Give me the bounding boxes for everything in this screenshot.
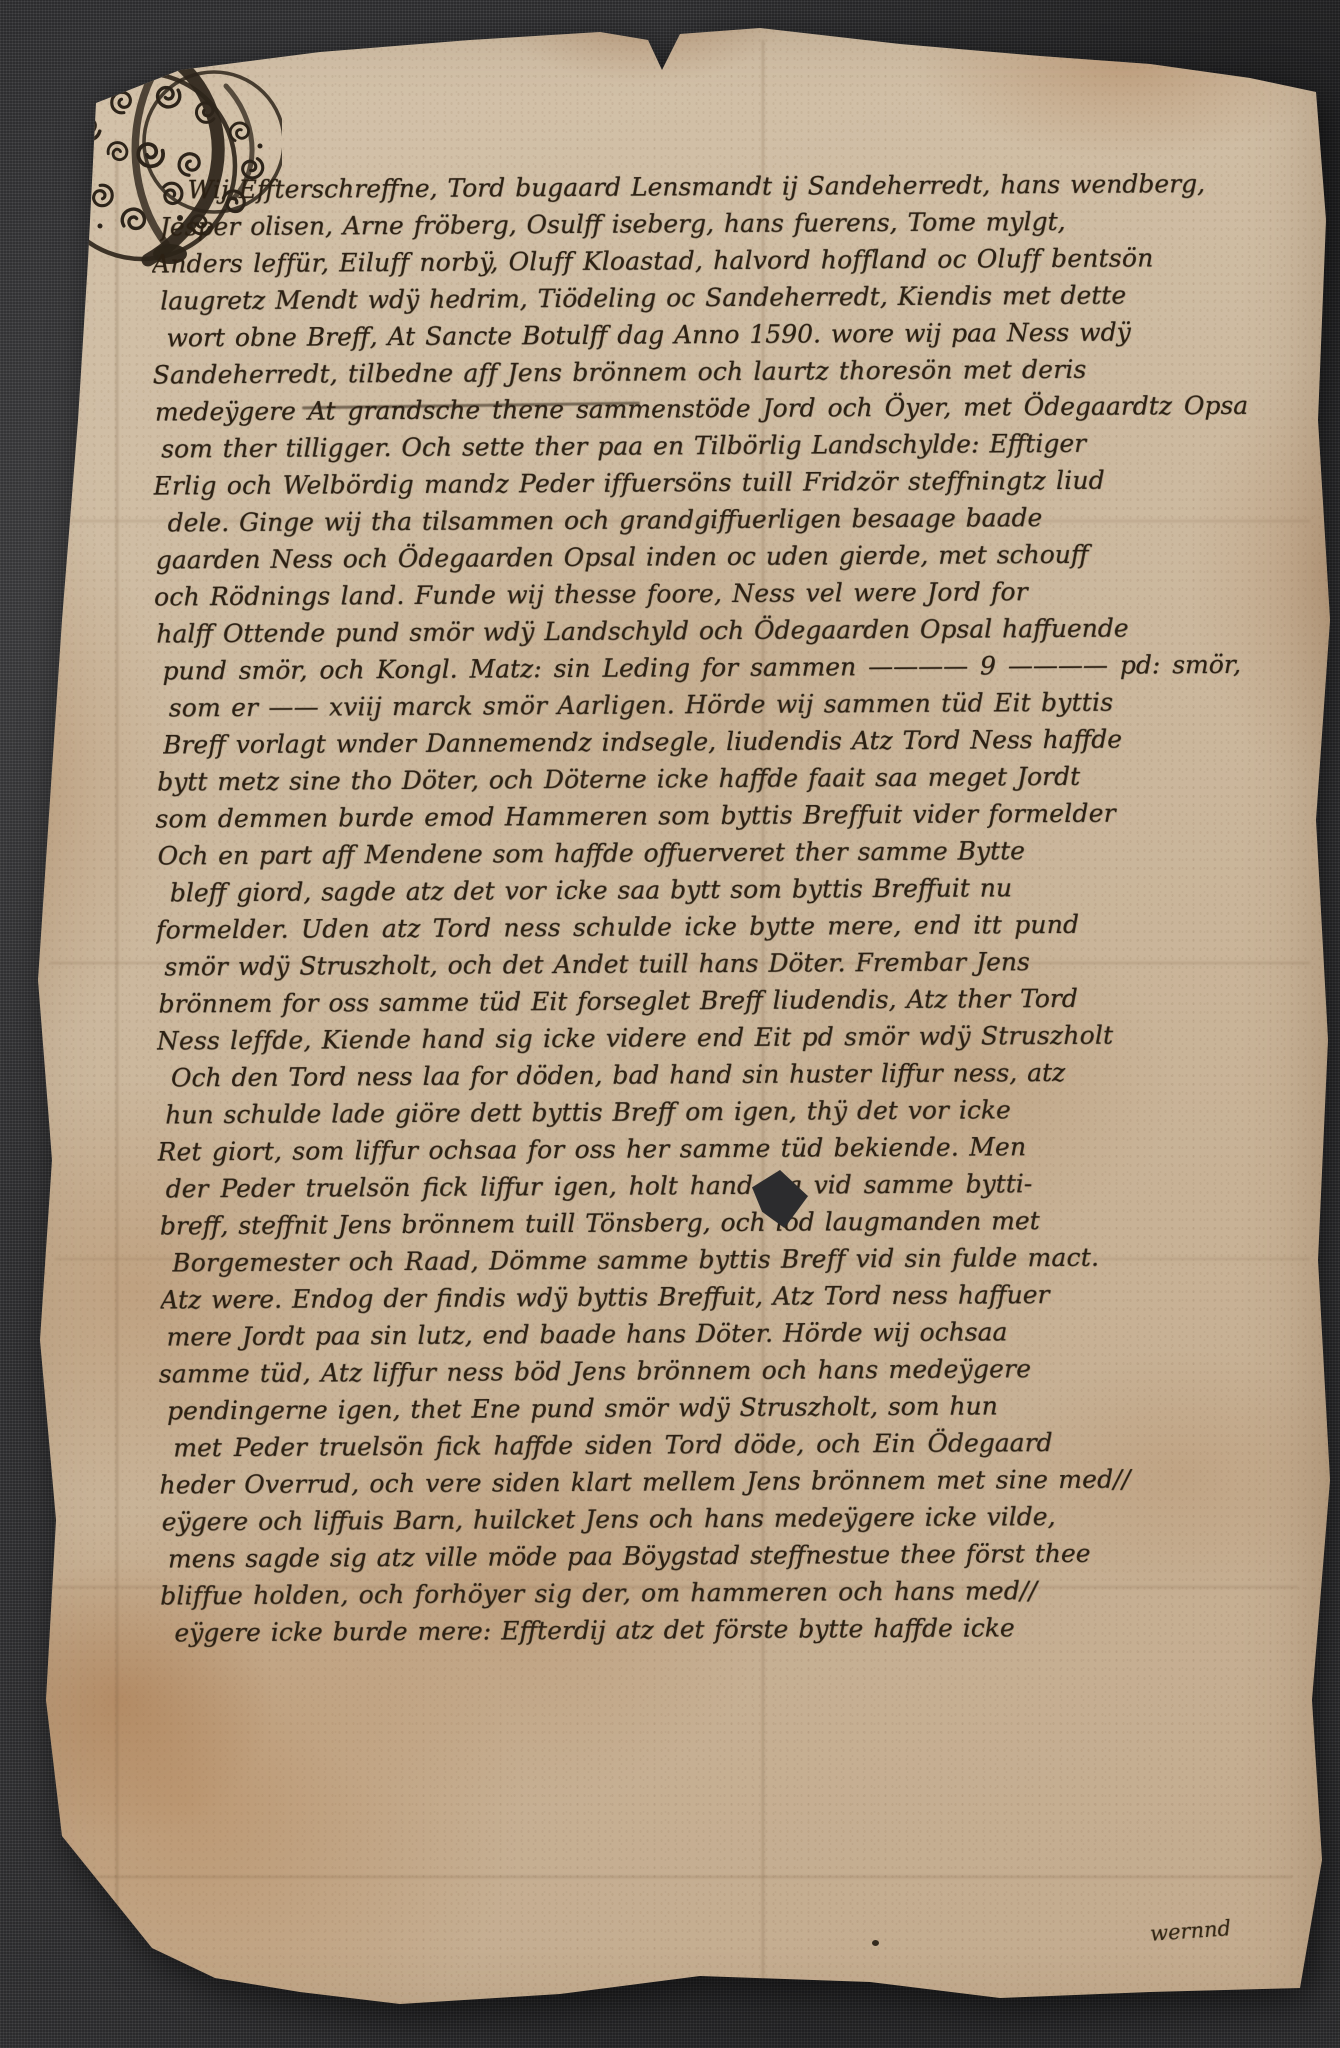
ink-dot	[872, 1940, 879, 1946]
manuscript-line: eÿgere icke burde mere: Effterdij atz de…	[174, 1607, 1312, 1651]
docket-note: wernnd	[1149, 1914, 1260, 1946]
manuscript-line: pund smör, och Kongl. Matz: sin Leding f…	[162, 645, 1306, 689]
fold-crease	[116, 140, 118, 1950]
manuscript-text: Wij Effterschreffne, Tord bugaard Lensma…	[153, 165, 1312, 1652]
parchment-sheet: Wij Effterschreffne, Tord bugaard Lensma…	[0, 0, 1340, 2048]
manuscript-scan: Wij Effterschreffne, Tord bugaard Lensma…	[0, 0, 1340, 2048]
manuscript-line: Wij Effterschreffne, Tord bugaard Lensma…	[187, 165, 1303, 209]
manuscript-line: Anders leffür, Eiluff norbÿ, Oluff Kloas…	[152, 238, 1304, 282]
parchment-sheet-wrap: Wij Effterschreffne, Tord bugaard Lensma…	[0, 0, 1340, 2048]
fold-crease	[52, 1876, 1292, 1878]
